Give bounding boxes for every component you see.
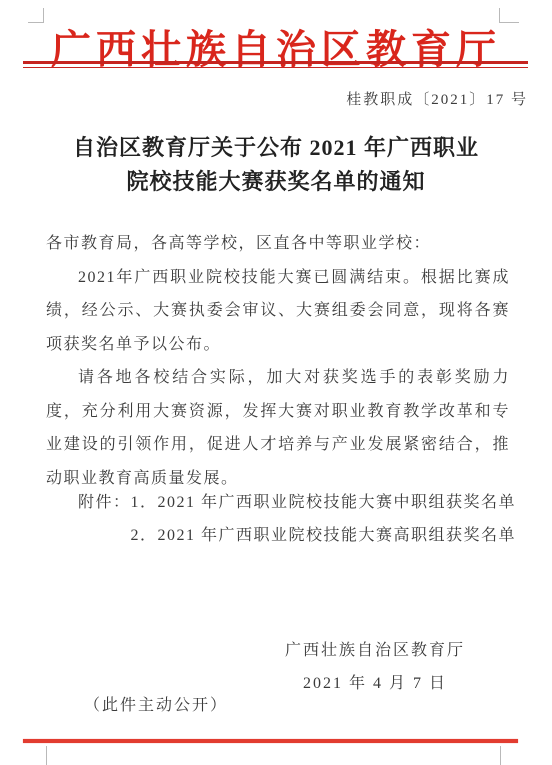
attachments-list: 1．2021 年广西职业院校技能大赛中职组获奖名单 2．2021 年广西职业院校…: [131, 486, 517, 552]
salutation: 各市教育局，各高等学校，区直各中等职业学校：: [46, 227, 510, 261]
body-paragraph-2: 请各地各校结合实际，加大对获奖选手的表彰奖励力度，充分利用大赛资源，发挥大赛对职…: [46, 361, 510, 495]
signature-agency: 广西壮族自治区教育厅: [285, 634, 465, 667]
attachments-block: 附件： 1．2021 年广西职业院校技能大赛中职组获奖名单 2．2021 年广西…: [78, 486, 516, 552]
document-title-line2: 院校技能大赛获奖名单的通知: [0, 165, 552, 199]
letterhead-double-rule: [23, 61, 528, 68]
footer-tick-left: [46, 746, 47, 765]
document-title: 自治区教育厅关于公布 2021 年广西职业 院校技能大赛获奖名单的通知: [0, 131, 552, 199]
attachment-item-2: 2．2021 年广西职业院校技能大赛高职组获奖名单: [131, 519, 517, 552]
attachment-item-1: 1．2021 年广西职业院校技能大赛中职组获奖名单: [131, 486, 517, 519]
document-page: 广西壮族自治区教育厅 桂教职成〔2021〕17 号 自治区教育厅关于公布 202…: [0, 0, 552, 765]
body-paragraph-1: 2021年广西职业院校技能大赛已圆满结束。根据比赛成绩，经公示、大赛执委会审议、…: [46, 261, 510, 362]
signature-date: 2021 年 4 月 7 日: [285, 667, 465, 700]
footer-red-rule: [23, 739, 518, 743]
document-title-line1: 自治区教育厅关于公布 2021 年广西职业: [0, 131, 552, 165]
footer-tick-right: [500, 746, 501, 765]
disclosure-note: （此件主动公开）: [84, 692, 228, 715]
document-number: 桂教职成〔2021〕17 号: [346, 88, 528, 109]
attachments-label: 附件：: [78, 486, 131, 552]
document-body: 各市教育局，各高等学校，区直各中等职业学校： 2021年广西职业院校技能大赛已圆…: [46, 227, 510, 495]
signature-block: 广西壮族自治区教育厅 2021 年 4 月 7 日: [285, 634, 465, 700]
